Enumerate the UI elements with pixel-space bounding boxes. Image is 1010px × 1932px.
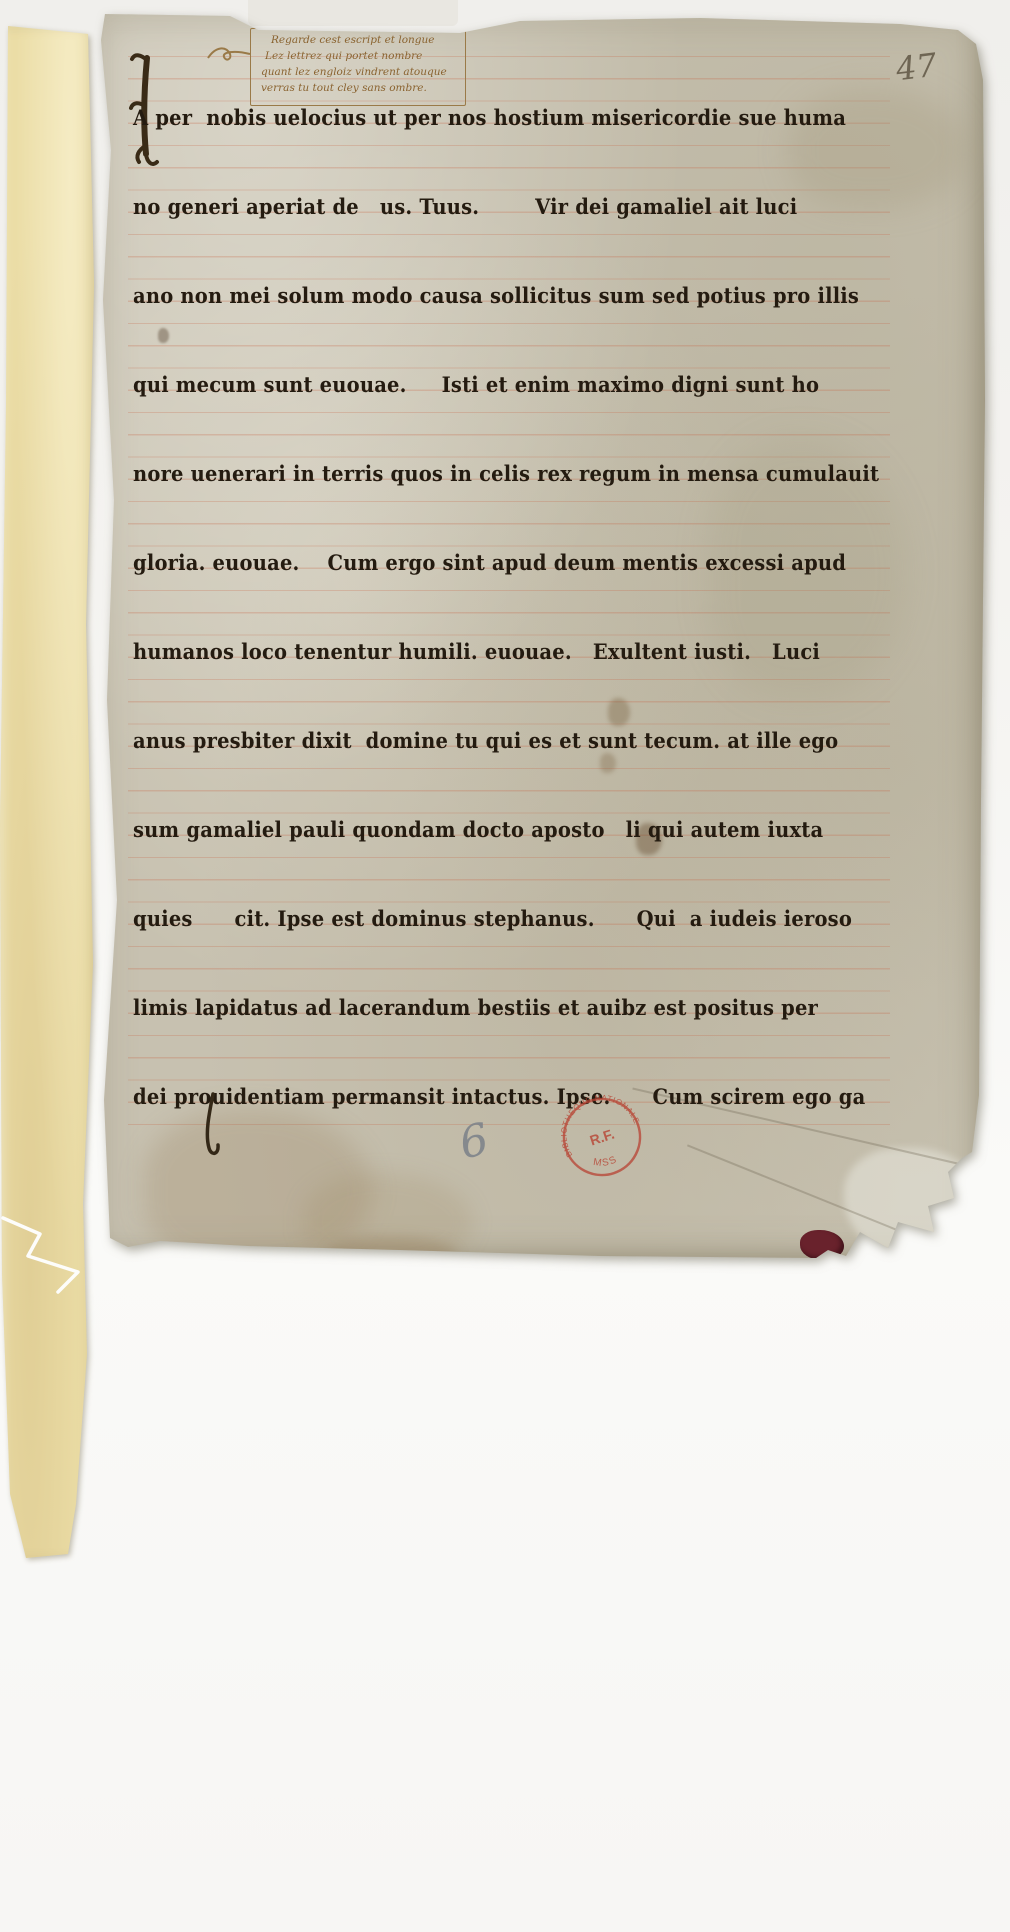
- torn-corner-backing: [844, 1148, 986, 1262]
- stain: [303, 1173, 473, 1268]
- note-pointer-flourish: [206, 42, 252, 68]
- manuscript-text-line: nore uenerari in terris quos in celis re…: [133, 461, 913, 498]
- marginal-note-line: Lez lettrez qui portet nombre: [261, 48, 459, 64]
- svg-text:MSS: MSS: [589, 1150, 620, 1173]
- manuscript-text-line: no generi aperiat de us. Tuus. Vir dei g…: [133, 194, 913, 231]
- folio-wrap: Regarde cest escript et longue Lez lettr…: [88, 8, 988, 1266]
- stain: [608, 698, 630, 726]
- manuscript-page: Regarde cest escript et longue Lez lettr…: [88, 8, 988, 1266]
- manuscript-text-line: humanos loco tenentur humili. euouae. Ex…: [133, 639, 913, 676]
- stain: [158, 328, 169, 343]
- under-leaf-wrap: [0, 24, 100, 1564]
- under-leaf-page: [0, 24, 100, 1564]
- descender-stroke: [198, 1092, 224, 1164]
- manuscript-text-line: qui mecum sunt euouae. Isti et enim maxi…: [133, 372, 913, 409]
- stamp-bottom-arc-text: MSS: [589, 1150, 620, 1173]
- marginal-note-box: Regarde cest escript et longue Lez lettr…: [250, 28, 466, 106]
- photo-backdrop: Regarde cest escript et longue Lez lettr…: [0, 0, 1010, 1932]
- wax-blob: [800, 1230, 844, 1260]
- manuscript-text-line: ano non mei solum modo causa sollicitus …: [133, 283, 913, 320]
- stain: [328, 1236, 458, 1274]
- folio-number: 47: [894, 46, 939, 89]
- stamp-center-text: R.F.: [588, 1126, 617, 1149]
- marginal-note-line: quant lez engloiz vindrent atouque: [261, 64, 459, 80]
- marginal-note-line: verras tu tout cley sans ombre.: [261, 80, 459, 96]
- marginal-note-line: Regarde cest escript et longue: [261, 32, 459, 48]
- leaf-tear-mark: [0, 1184, 100, 1324]
- manuscript-text-line: sum gamaliel pauli quondam docto aposto …: [133, 817, 913, 854]
- manuscript-text-line: quies cit. Ipse est dominus stephanus. Q…: [133, 906, 913, 943]
- manuscript-text-line: anus presbiter dixit domine tu qui es et…: [133, 728, 913, 765]
- manuscript-text-line: A per nobis uelocius ut per nos hostium …: [133, 105, 913, 142]
- manuscript-text-line: gloria. euouae. Cum ergo sint apud deum …: [133, 550, 913, 587]
- manuscript-text-line: dei prouidentiam permansit intactus. Ips…: [133, 1084, 913, 1121]
- manuscript-text-line: limis lapidatus ad lacerandum bestiis et…: [133, 995, 913, 1032]
